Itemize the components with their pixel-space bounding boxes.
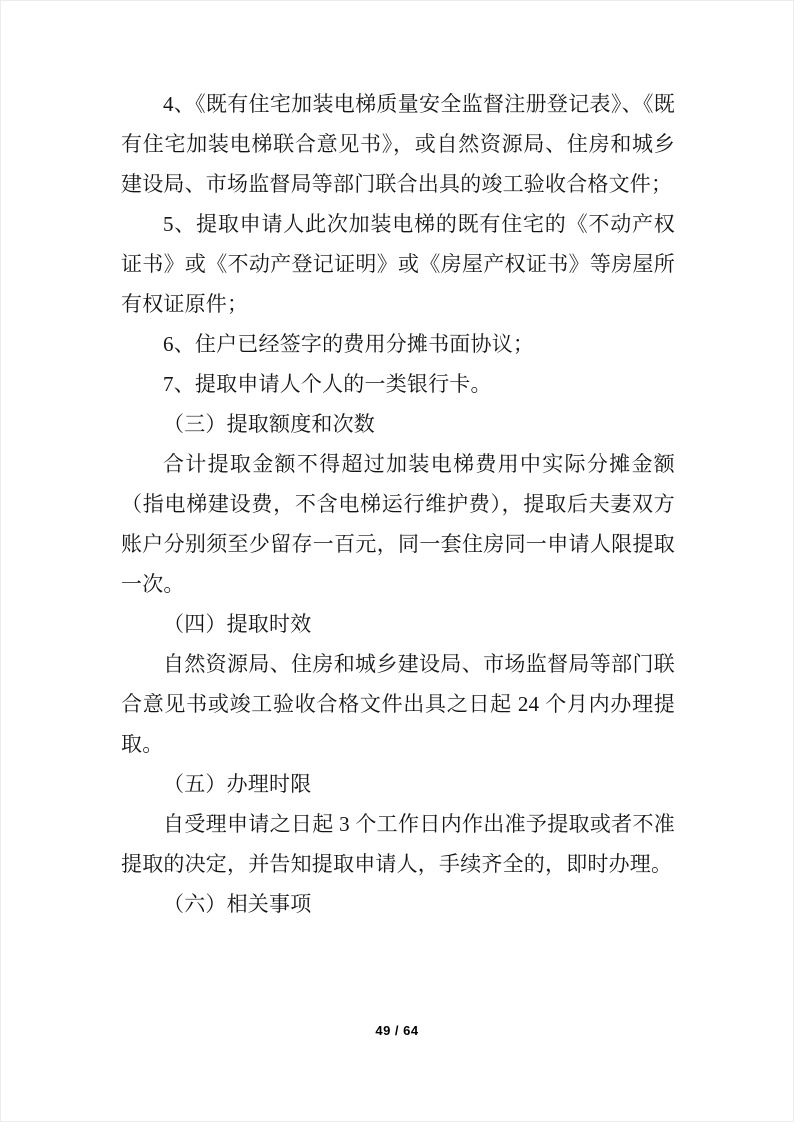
section-heading: （五）办理时限 <box>121 764 675 804</box>
document-page: 4、《既有住宅加装电梯质量安全监督注册登记表》、《既有住宅加装电梯联合意见书》，… <box>0 0 794 1122</box>
paragraph: 5、提取申请人此次加装电梯的既有住宅的《不动产权证书》或《不动产登记证明》或《房… <box>121 204 675 324</box>
paragraph: 7、提取申请人个人的一类银行卡。 <box>121 364 675 404</box>
page-number: 49 / 64 <box>375 1023 418 1038</box>
page-footer: 49 / 64 <box>0 1022 794 1040</box>
document-body: 4、《既有住宅加装电梯质量安全监督注册登记表》、《既有住宅加装电梯联合意见书》，… <box>121 84 675 924</box>
paragraph: 4、《既有住宅加装电梯质量安全监督注册登记表》、《既有住宅加装电梯联合意见书》，… <box>121 84 675 204</box>
paragraph: 6、住户已经签字的费用分摊书面协议； <box>121 324 675 364</box>
paragraph: 合计提取金额不得超过加装电梯费用中实际分摊金额（指电梯建设费，不含电梯运行维护费… <box>121 444 675 604</box>
paragraph: 自然资源局、住房和城乡建设局、市场监督局等部门联合意见书或竣工验收合格文件出具之… <box>121 644 675 764</box>
section-heading: （六）相关事项 <box>121 884 675 924</box>
section-heading: （四）提取时效 <box>121 604 675 644</box>
section-heading: （三）提取额度和次数 <box>121 404 675 444</box>
paragraph: 自受理申请之日起 3 个工作日内作出准予提取或者不准提取的决定，并告知提取申请人… <box>121 804 675 884</box>
